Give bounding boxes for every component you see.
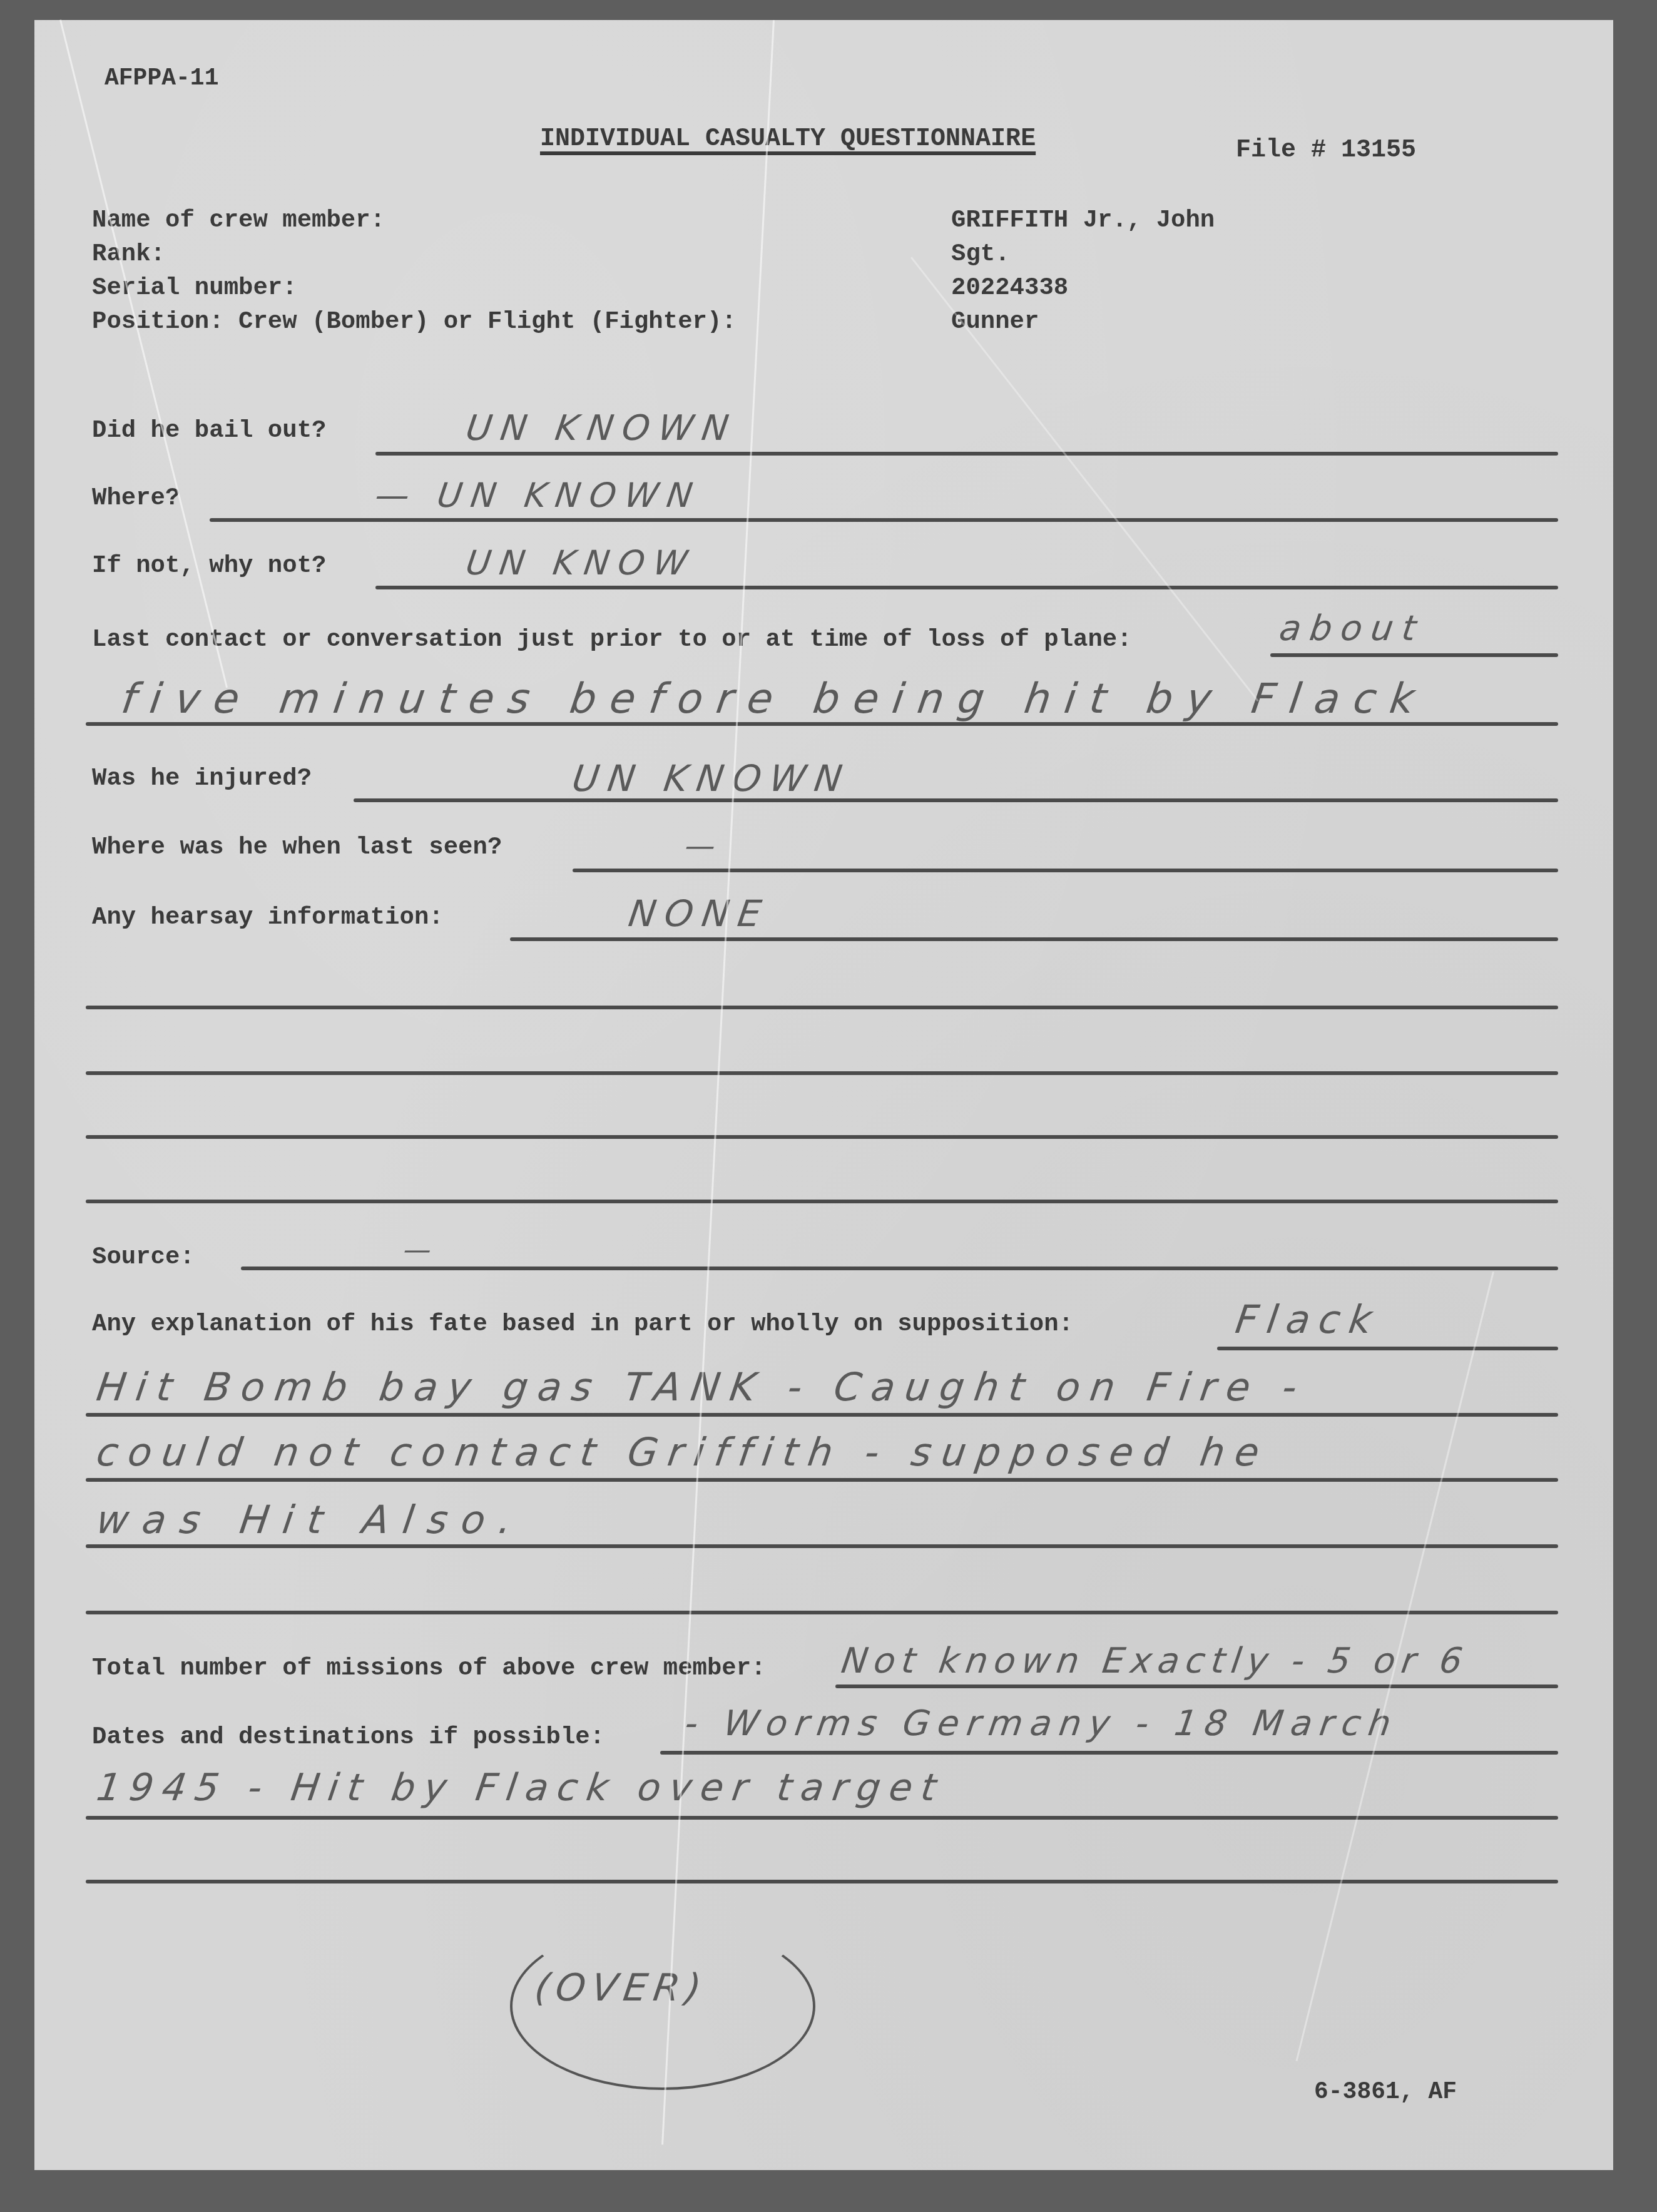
serial-value: 20224338 [951,274,1068,302]
form-code: 6-3861, AF [1314,2079,1457,2106]
bail-out-label: Did he bail out? [92,417,326,444]
why-not-label: If not, why not? [92,552,326,579]
last-contact-line-1 [1270,653,1558,657]
hearsay-label: Any hearsay information: [92,904,444,931]
missions-answer: Not known Exactly - 5 or 6 [839,1641,1471,1681]
page-title: INDIVIDUAL CASUALTY QUESTIONNAIRE [540,125,1036,153]
explanation-answer-4: was Hit Also. [94,1497,528,1542]
hearsay-blank-line-4 [86,1200,1558,1203]
bail-out-answer: UN KNOWN [463,408,740,449]
last-seen-answer: — [683,828,727,864]
last-contact-answer-1: about [1277,608,1427,649]
last-seen-label: Where was he when last seen? [92,833,502,861]
explanation-line-4 [86,1544,1558,1548]
dates-line-1 [660,1751,1558,1755]
rank-value: Sgt. [951,240,1010,268]
where-line [210,518,1558,522]
bail-out-line [375,452,1558,456]
form-id: AFPPA-11 [105,65,218,92]
rank-label: Rank: [92,240,165,268]
last-seen-line [573,869,1558,872]
last-contact-label: Last contact or conversation just prior … [92,626,1132,653]
dates-label: Dates and destinations if possible: [92,1723,604,1751]
missions-line [835,1684,1558,1688]
explanation-label: Any explanation of his fate based in par… [92,1310,1073,1338]
hearsay-blank-line-3 [86,1135,1558,1139]
source-line [241,1267,1558,1270]
scan-scratch [661,20,775,2144]
dates-answer-2: 1945 - Hit by Flack over target [94,1766,947,1810]
dates-answer-1: - Worms Germany - 18 March [682,1703,1401,1744]
hearsay-blank-line-1 [86,1006,1558,1009]
dates-line-3 [86,1880,1558,1883]
serial-label: Serial number: [92,274,297,302]
explanation-answer-1: Flack [1233,1297,1384,1342]
hearsay-blank-line-2 [86,1071,1558,1075]
name-label: Name of crew member: [92,206,385,234]
why-not-line [375,586,1558,589]
questionnaire-page: AFPPA-11 INDIVIDUAL CASUALTY QUESTIONNAI… [34,20,1613,2170]
injured-label: Was he injured? [92,765,312,792]
position-value: Gunner [951,308,1039,335]
hearsay-line [510,937,1558,941]
where-label: Where? [92,484,180,512]
where-answer: — UN KNOWN [373,476,704,515]
injured-answer: UN KNOWN [569,757,854,800]
explanation-line-3 [86,1478,1558,1482]
why-not-answer: UN KNOW [464,543,699,583]
scan-scratch [59,19,228,688]
explanation-line-5 [86,1611,1558,1614]
source-answer: — [401,1234,442,1266]
dates-line-2 [86,1816,1558,1820]
missions-label: Total number of missions of above crew m… [92,1654,766,1682]
hearsay-answer: NONE [626,892,773,935]
last-contact-answer-2: five minutes before being hit by Flack [119,675,1432,723]
explanation-line-1 [1217,1347,1558,1350]
source-label: Source: [92,1243,195,1271]
position-label: Position: Crew (Bomber) or Flight (Fight… [92,308,737,335]
explanation-line-2 [86,1413,1558,1417]
name-value: GRIFFITH Jr., John [951,206,1215,234]
explanation-answer-3: could not contact Griffith - supposed he [94,1429,1272,1475]
injured-line [354,798,1558,802]
over-note: (OVER) [532,1966,710,2010]
file-number: File # 13155 [1236,136,1416,165]
